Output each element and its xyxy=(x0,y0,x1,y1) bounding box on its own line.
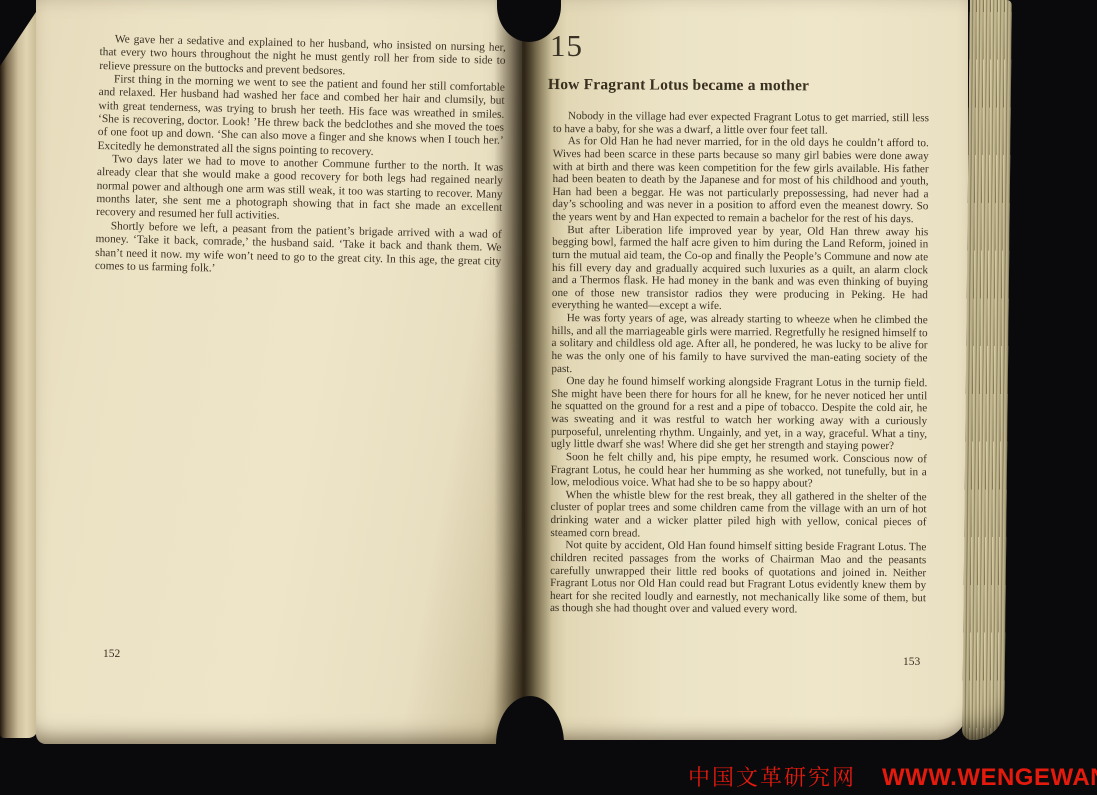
left-page-paragraph: Shortly before we left, a peasant from t… xyxy=(95,220,502,282)
watermark-chinese-site-name: 中国文革研究网 xyxy=(688,761,856,792)
right-page-paragraph: Not quite by accident, Old Han found him… xyxy=(550,539,926,617)
right-page-paragraph: As for Old Han he had never married, for… xyxy=(552,135,929,226)
right-page-text: Nobody in the village had ever expected … xyxy=(550,110,929,617)
right-page-paragraph: But after Liberation life improved year … xyxy=(552,224,929,315)
left-page-text: We gave her a sedative and explained to … xyxy=(95,33,506,282)
left-page-paragraph: First thing in the morning we went to se… xyxy=(97,73,505,162)
right-page-paragraph: Nobody in the village had ever expected … xyxy=(553,110,929,138)
right-page-number: 153 xyxy=(903,656,920,668)
right-page-paragraph: Soon he felt chilly and, his pipe empty,… xyxy=(551,451,927,491)
right-page-edge-stack xyxy=(962,0,1012,740)
left-page-edge-stack xyxy=(0,0,38,738)
chapter-title: How Fragrant Lotus became a mother xyxy=(548,76,809,95)
watermark-site-url: WWW.WENGEWANG.ORG xyxy=(882,764,1097,792)
right-page-paragraph: When the whistle blew for the rest break… xyxy=(550,489,926,542)
right-page-paragraph: He was forty years of age, was already s… xyxy=(551,312,927,377)
right-page-paragraph: One day he found himself working alongsi… xyxy=(551,375,927,453)
left-page-number: 152 xyxy=(103,648,120,660)
left-page-paragraph: Two days later we had to move to another… xyxy=(96,153,503,229)
watermark: 中国文革研究网 WWW.WENGEWANG.ORG xyxy=(688,761,1088,792)
chapter-number: 15 xyxy=(550,28,583,64)
